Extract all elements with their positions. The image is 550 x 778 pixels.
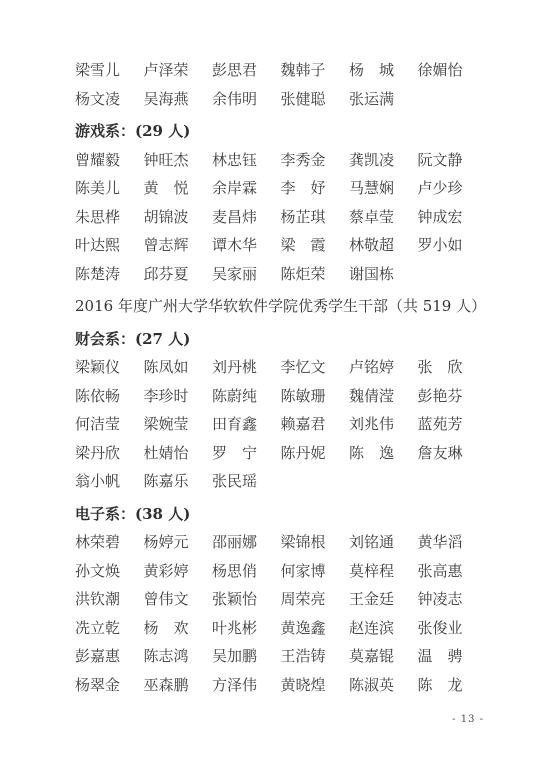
student-name: 曾志辉	[144, 231, 213, 260]
names-row: 孙文焕黄彩婷杨思俏何家博莫梓程张高惠	[75, 557, 510, 586]
student-name: 杨 欢	[144, 614, 213, 643]
student-name: 余岸霖	[212, 174, 281, 203]
student-name: 何家博	[281, 557, 350, 586]
student-name: 叶达熙	[75, 231, 144, 260]
student-name: 卢泽荣	[144, 56, 213, 85]
student-name: 杜婧怡	[144, 439, 213, 468]
student-name: 陈蔚纯	[212, 382, 281, 411]
student-name: 杨婷元	[144, 528, 213, 557]
student-name: 王金廷	[349, 585, 418, 614]
student-name: 卢铭婷	[349, 353, 418, 382]
student-name: 张民瑶	[212, 467, 281, 496]
student-name: 张健聪	[281, 85, 350, 114]
student-name: 陈敏珊	[281, 382, 350, 411]
student-name: 梁锦根	[281, 528, 350, 557]
student-name: 翁小帆	[75, 467, 144, 496]
student-name: 蔡卓莹	[349, 203, 418, 232]
student-name: 周荣亮	[281, 585, 350, 614]
student-name: 李珍时	[144, 382, 213, 411]
student-name: 杨芷琪	[281, 203, 350, 232]
student-name: 陈嘉乐	[144, 467, 213, 496]
student-name: 魏韩子	[281, 56, 350, 85]
student-name: 叶兆彬	[212, 614, 281, 643]
student-name: 罗 宁	[212, 439, 281, 468]
student-name: 陈 龙	[418, 671, 487, 700]
student-name: 彭嘉惠	[75, 642, 144, 671]
section-header: 财会系：(27 人)	[75, 325, 510, 354]
student-name: 赖嘉君	[281, 410, 350, 439]
student-name: 胡锦波	[144, 203, 213, 232]
student-name: 田育鑫	[212, 410, 281, 439]
student-name: 彭艳芬	[418, 382, 487, 411]
names-row: 彭嘉惠陈志鸿吴加鹏王浩铸莫嘉锟温 骋	[75, 642, 510, 671]
names-row: 杨翠金巫森鹏方泽伟黄晓煌陈淑英陈 龙	[75, 671, 510, 700]
student-name: 孙文焕	[75, 557, 144, 586]
student-name: 莫梓程	[349, 557, 418, 586]
student-name: 詹友琳	[418, 439, 487, 468]
student-name: 魏倩滢	[349, 382, 418, 411]
student-name: 陈美儿	[75, 174, 144, 203]
names-row: 朱思桦胡锦波麦昌炜杨芷琪蔡卓莹钟成宏	[75, 203, 510, 232]
student-name: 梁颖仪	[75, 353, 144, 382]
student-name: 卢少珍	[418, 174, 487, 203]
student-name: 黄 悦	[144, 174, 213, 203]
student-name: 林忠钰	[212, 146, 281, 175]
student-name: 林敬超	[349, 231, 418, 260]
section-header: 游戏系：(29 人)	[75, 117, 510, 146]
names-row: 梁丹欣杜婧怡罗 宁陈丹妮陈 逸詹友琳	[75, 439, 510, 468]
document-page: 梁雪儿卢泽荣彭思君魏韩子杨 城徐媚怡杨文凌吴海燕余伟明张健聪张运满游戏系：(29…	[0, 0, 550, 778]
names-row: 何洁莹梁婉莹田育鑫赖嘉君刘兆伟蓝苑芳	[75, 410, 510, 439]
names-row: 梁雪儿卢泽荣彭思君魏韩子杨 城徐媚怡	[75, 56, 510, 85]
student-name: 陈丹妮	[281, 439, 350, 468]
student-name: 吴海燕	[144, 85, 213, 114]
names-row: 叶达熙曾志辉谭木华梁 霞林敬超罗小如	[75, 231, 510, 260]
student-name: 梁雪儿	[75, 56, 144, 85]
student-name: 梁丹欣	[75, 439, 144, 468]
student-name: 谭木华	[212, 231, 281, 260]
student-name: 何洁莹	[75, 410, 144, 439]
names-row: 林荣碧杨婷元邵丽娜梁锦根刘铭通黄华滔	[75, 528, 510, 557]
student-name: 杨思俏	[212, 557, 281, 586]
student-name: 张俊业	[418, 614, 487, 643]
page-number: - 13 -	[452, 714, 484, 725]
student-name: 吴家丽	[212, 260, 281, 289]
student-name: 钟凌志	[418, 585, 487, 614]
student-name: 杨翠金	[75, 671, 144, 700]
student-name: 麦昌炜	[212, 203, 281, 232]
student-name: 巫森鹏	[144, 671, 213, 700]
names-row: 曾耀毅钟旺杰林忠钰李秀金龚凯凌阮文静	[75, 146, 510, 175]
student-name: 曾耀毅	[75, 146, 144, 175]
student-name: 陈炬荣	[281, 260, 350, 289]
student-name: 马慧娴	[349, 174, 418, 203]
student-name: 吴加鹏	[212, 642, 281, 671]
student-name: 谢国栋	[349, 260, 418, 289]
student-name: 刘兆伟	[349, 410, 418, 439]
document-content: 梁雪儿卢泽荣彭思君魏韩子杨 城徐媚怡杨文凌吴海燕余伟明张健聪张运满游戏系：(29…	[75, 56, 510, 699]
student-name: 冼立乾	[75, 614, 144, 643]
student-name: 邱芬夏	[144, 260, 213, 289]
student-name: 张 欣	[418, 353, 487, 382]
names-row: 冼立乾杨 欢叶兆彬黄逸鑫赵连滨张俊业	[75, 614, 510, 643]
student-name: 李秀金	[281, 146, 350, 175]
student-name: 朱思桦	[75, 203, 144, 232]
student-name: 黄彩婷	[144, 557, 213, 586]
student-name: 陈淑英	[349, 671, 418, 700]
student-name: 梁 霞	[281, 231, 350, 260]
student-name: 黄逸鑫	[281, 614, 350, 643]
student-name: 钟旺杰	[144, 146, 213, 175]
names-row: 洪钦潮曾伟文张颖怡周荣亮王金廷钟凌志	[75, 585, 510, 614]
student-name: 张运满	[349, 85, 418, 114]
document-title: 2016 年度广州大学华软软件学院优秀学生干部（共 519 人）	[75, 292, 510, 321]
student-name: 方泽伟	[212, 671, 281, 700]
student-name: 陈楚涛	[75, 260, 144, 289]
names-row: 杨文凌吴海燕余伟明张健聪张运满	[75, 85, 510, 114]
student-name: 陈依畅	[75, 382, 144, 411]
student-name: 邵丽娜	[212, 528, 281, 557]
student-name: 杨文凌	[75, 85, 144, 114]
student-name: 余伟明	[212, 85, 281, 114]
student-name: 赵连滨	[349, 614, 418, 643]
student-name: 刘铭通	[349, 528, 418, 557]
student-name: 阮文静	[418, 146, 487, 175]
student-name: 杨 城	[349, 56, 418, 85]
student-name: 刘丹桃	[212, 353, 281, 382]
student-name: 彭思君	[212, 56, 281, 85]
names-row: 陈楚涛邱芬夏吴家丽陈炬荣谢国栋	[75, 260, 510, 289]
student-name: 陈凤如	[144, 353, 213, 382]
student-name: 黄华滔	[418, 528, 487, 557]
student-name: 龚凯凌	[349, 146, 418, 175]
student-name: 蓝苑芳	[418, 410, 487, 439]
student-name: 黄晓煌	[281, 671, 350, 700]
student-name: 陈 逸	[349, 439, 418, 468]
student-name: 王浩铸	[281, 642, 350, 671]
student-name: 莫嘉锟	[349, 642, 418, 671]
student-name: 陈志鸿	[144, 642, 213, 671]
student-name: 罗小如	[418, 231, 487, 260]
student-name: 林荣碧	[75, 528, 144, 557]
student-name: 李 妤	[281, 174, 350, 203]
student-name: 钟成宏	[418, 203, 487, 232]
student-name: 曾伟文	[144, 585, 213, 614]
student-name: 张高惠	[418, 557, 487, 586]
names-row: 陈美儿黄 悦余岸霖李 妤马慧娴卢少珍	[75, 174, 510, 203]
names-row: 翁小帆陈嘉乐张民瑶	[75, 467, 510, 496]
student-name: 洪钦潮	[75, 585, 144, 614]
student-name: 徐媚怡	[418, 56, 487, 85]
student-name: 张颖怡	[212, 585, 281, 614]
student-name: 温 骋	[418, 642, 487, 671]
names-row: 梁颖仪陈凤如刘丹桃李忆文卢铭婷张 欣	[75, 353, 510, 382]
names-row: 陈依畅李珍时陈蔚纯陈敏珊魏倩滢彭艳芬	[75, 382, 510, 411]
student-name: 梁婉莹	[144, 410, 213, 439]
section-header: 电子系：(38 人)	[75, 500, 510, 529]
student-name: 李忆文	[281, 353, 350, 382]
